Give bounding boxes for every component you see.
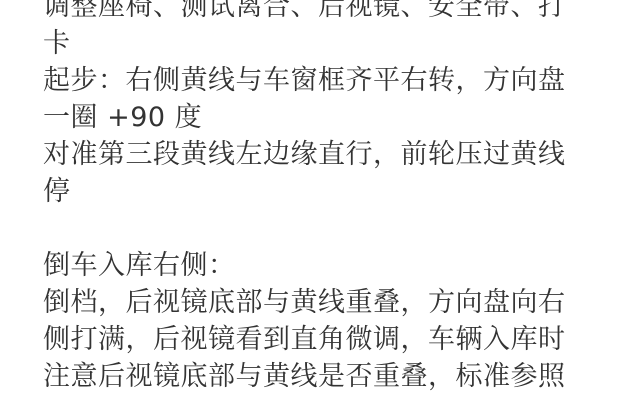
text-line: 侧打满，后视镜看到直角微调，车辆入库时: [43, 321, 603, 358]
section-heading: 倒车入库右侧：: [43, 247, 603, 284]
text-line: 一圈 +90 度: [43, 99, 603, 136]
text-line: 倒档，后视镜底部与黄线重叠，方向盘向右: [43, 284, 603, 321]
text-line: 起步：右侧黄线与车窗框齐平右转，方向盘: [43, 62, 603, 99]
document-body: 调整座椅、测试离合、后视镜、安全带、打 卡 起步：右侧黄线与车窗框齐平右转，方向…: [43, 0, 603, 395]
text-line: 卡: [43, 25, 603, 62]
text-line: 调整座椅、测试离合、后视镜、安全带、打: [43, 0, 603, 25]
text-line: 对准第三段黄线左边缘直行，前轮压过黄线: [43, 136, 603, 173]
text-line: 注意后视镜底部与黄线是否重叠，标准参照: [43, 358, 603, 395]
text-line: 停: [43, 173, 603, 210]
blank-line: [43, 210, 603, 247]
